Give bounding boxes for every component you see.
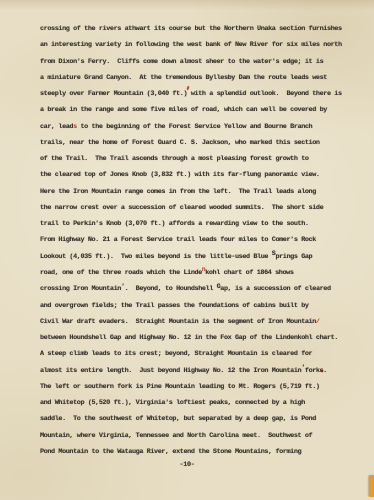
text-line: crossing of the rivers athwart its cours… — [40, 21, 360, 37]
text-line: Pond Mountain to the Watauga River, exte… — [40, 444, 360, 460]
text-line: Here the Iron Mountain range comes in fr… — [40, 184, 360, 200]
text-line: Civil War draft evaders. Straight Mounta… — [40, 314, 360, 330]
text-line: of the Trail. The Trail ascends through … — [40, 151, 360, 167]
text-line: From Highway No. 21 a Forest Service tra… — [40, 232, 360, 248]
text-line: A steep climb leads to its crest; beyond… — [40, 346, 360, 362]
text-line: between Houndshell Gap and Highway No. 1… — [40, 330, 360, 346]
text-line: trail to Perkin's Knob (3,070 ft.) affor… — [40, 216, 360, 232]
document-page: crossing of the rivers athwart its cours… — [0, 0, 374, 500]
text-line: the cleared top of Jones Knob (3,832 ft.… — [40, 167, 360, 183]
text-line: saddle. To the southwest of Whitetop, bu… — [40, 411, 360, 427]
text-line: crossing Iron Mountain'. Beyond, to Houn… — [40, 281, 360, 297]
text-line: almost its entire length. Just beyond Hi… — [40, 363, 360, 379]
text-line: an interesting variety in following the … — [40, 37, 360, 53]
text-line: car, leads to the beginning of the Fores… — [40, 119, 360, 135]
text-line: and Whitetop (5,520 ft.), Virginia's lof… — [40, 395, 360, 411]
text-line: and overgrown fields; the Trail passes t… — [40, 298, 360, 314]
orange-edge-tab — [369, 475, 374, 497]
typewritten-text: crossing of the rivers athwart its cours… — [40, 21, 360, 460]
text-line: Lookout (4,035 ft.). Two miles beyond is… — [40, 249, 360, 265]
text-line: a miniature Grand Canyon. At the tremend… — [40, 70, 360, 86]
text-line: a break in the range and some five miles… — [40, 102, 360, 118]
text-line: steeply over Farmer Mountain (3,040 ft.)… — [40, 86, 360, 102]
text-line: The left or southern fork is Pine Mounta… — [40, 379, 360, 395]
text-line: road, one of the three roads which the L… — [40, 265, 360, 281]
text-line: from Dixon's Ferry. Cliffs come down alm… — [40, 54, 360, 70]
text-line: the narrow crest over a succession of cl… — [40, 200, 360, 216]
text-line: Mountain, where Virginia, Tennessee and … — [40, 428, 360, 444]
text-line: trails, near the home of Forest Guard C.… — [40, 135, 360, 151]
page-number: -10- — [0, 461, 374, 469]
